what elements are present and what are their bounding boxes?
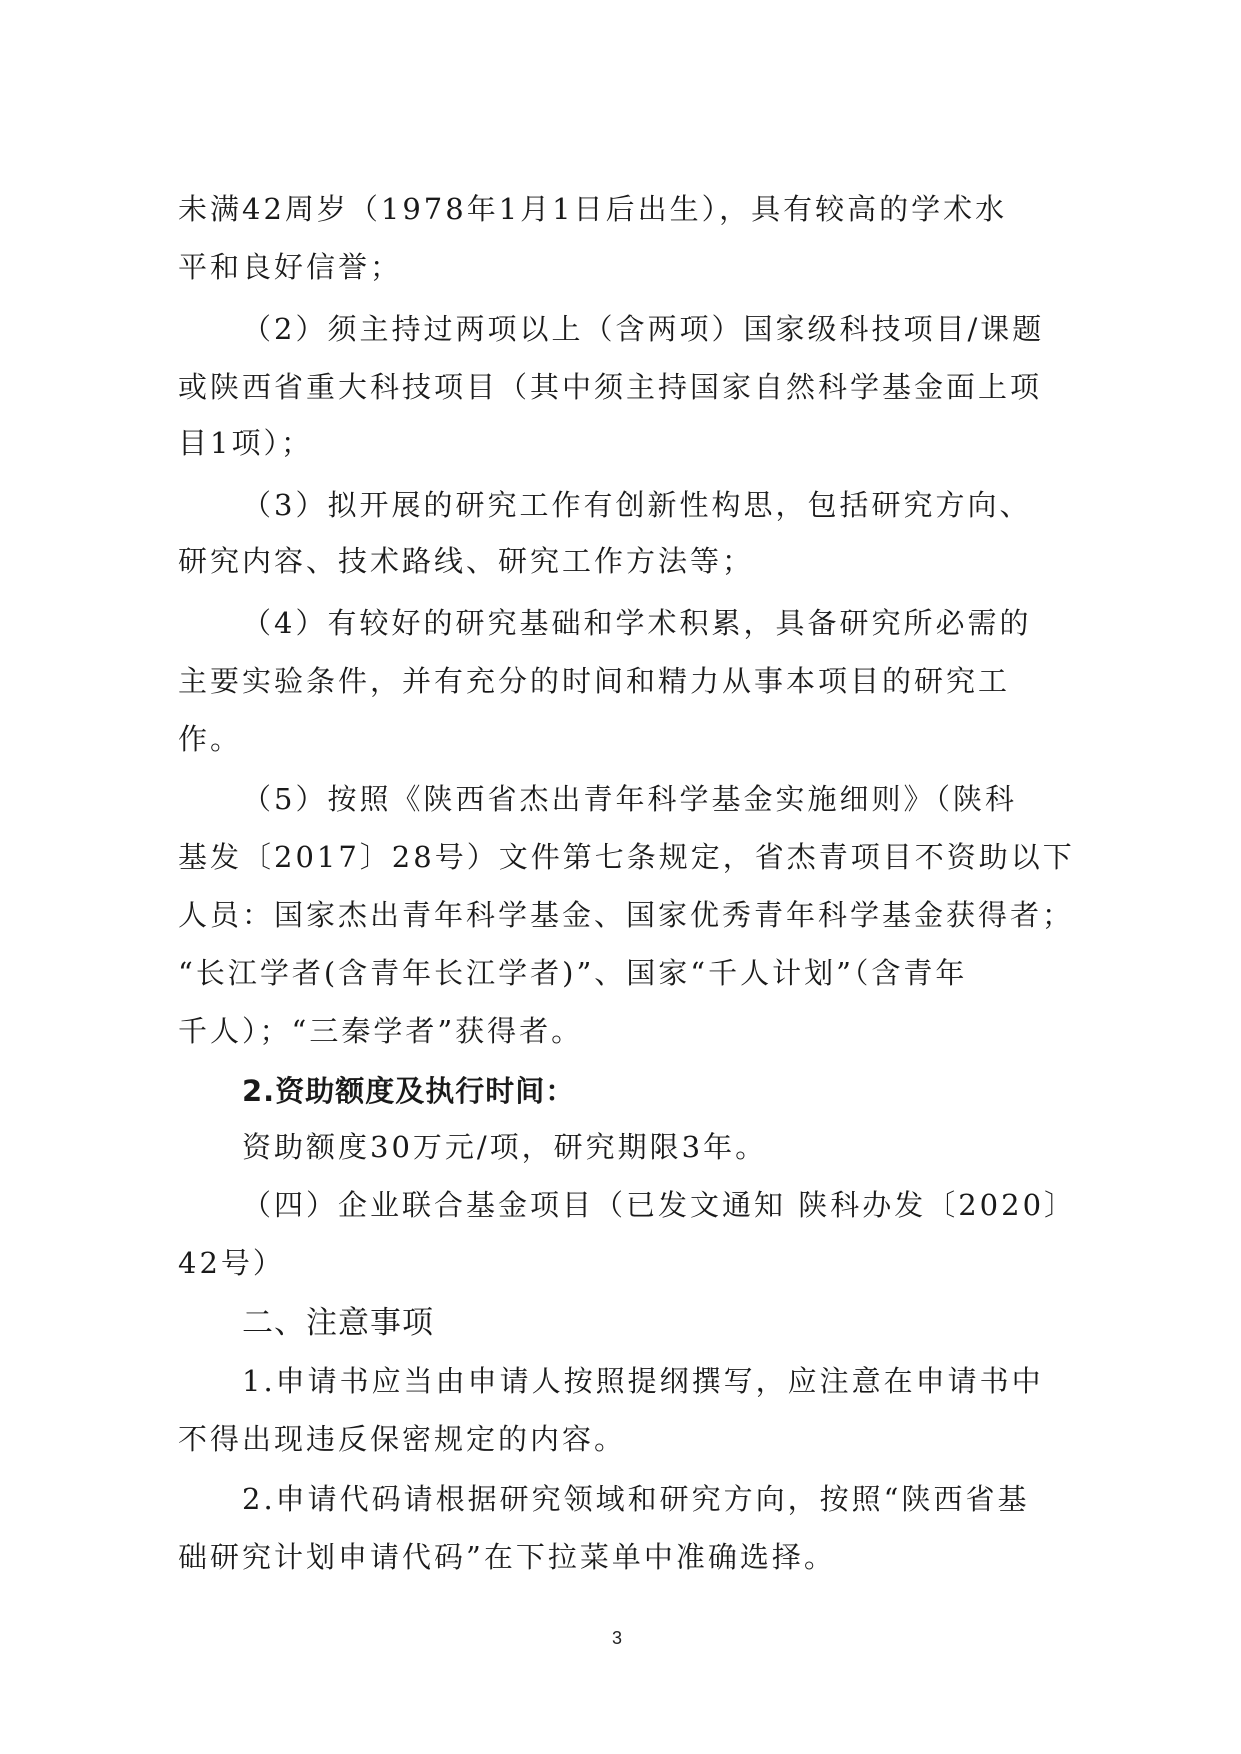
list-item-4: （4）有较好的研究基础和学术积累，具备研究所必需的: [242, 594, 1031, 652]
text-line: 不得出现违反保密规定的内容。: [178, 1410, 626, 1468]
funding-amount-text: 资助额度30万元/项，研究期限3年。: [242, 1118, 767, 1176]
text-line: 42号）: [178, 1234, 285, 1292]
section-subheading-funding: 2.资助额度及执行时间：: [242, 1062, 575, 1120]
text-line: 或陕西省重大科技项目（其中须主持国家自然科学基金面上项: [178, 358, 1042, 416]
text-line: “长江学者(含青年长江学者)”、国家“千人计划”（含青年: [178, 944, 967, 1002]
text-line: 作。: [178, 710, 242, 768]
note-item-1: 1.申请书应当由申请人按照提纲撰写，应注意在申请书中: [242, 1352, 1044, 1410]
text-line: 础研究计划申请代码”在下拉菜单中准确选择。: [178, 1528, 836, 1586]
text-line: 目1项）；: [178, 414, 313, 472]
text-line: 人员：国家杰出青年科学基金、国家优秀青年科学基金获得者；: [178, 886, 1074, 944]
list-item-3: （3）拟开展的研究工作有创新性构思，包括研究方向、: [242, 476, 1031, 534]
text-line: 研究内容、技术路线、研究工作方法等；: [178, 532, 754, 590]
note-item-2: 2.申请代码请根据研究领域和研究方向，按照“陕西省基: [242, 1470, 1030, 1528]
page-number: 3: [612, 1628, 622, 1649]
text-line: 基发〔2017〕28号）文件第七条规定，省杰青项目不资助以下: [178, 828, 1075, 886]
list-item-2: （2）须主持过两项以上（含两项）国家级科技项目/课题: [242, 300, 1044, 358]
text-line: 主要实验条件，并有充分的时间和精力从事本项目的研究工: [178, 652, 1010, 710]
section-heading-notes: 二、注意事项: [242, 1294, 434, 1352]
text-line: 未满42周岁（1978年1月1日后出生），具有较高的学术水: [178, 180, 1007, 238]
section-item-enterprise-fund: （四）企业联合基金项目（已发文通知 陕科办发〔2020〕: [242, 1176, 1076, 1234]
text-line: 平和良好信誉；: [178, 238, 402, 296]
text-line: 千人）；“三秦学者”获得者。: [178, 1002, 583, 1060]
list-item-5: （5）按照《陕西省杰出青年科学基金实施细则》（陕科: [242, 770, 1017, 828]
